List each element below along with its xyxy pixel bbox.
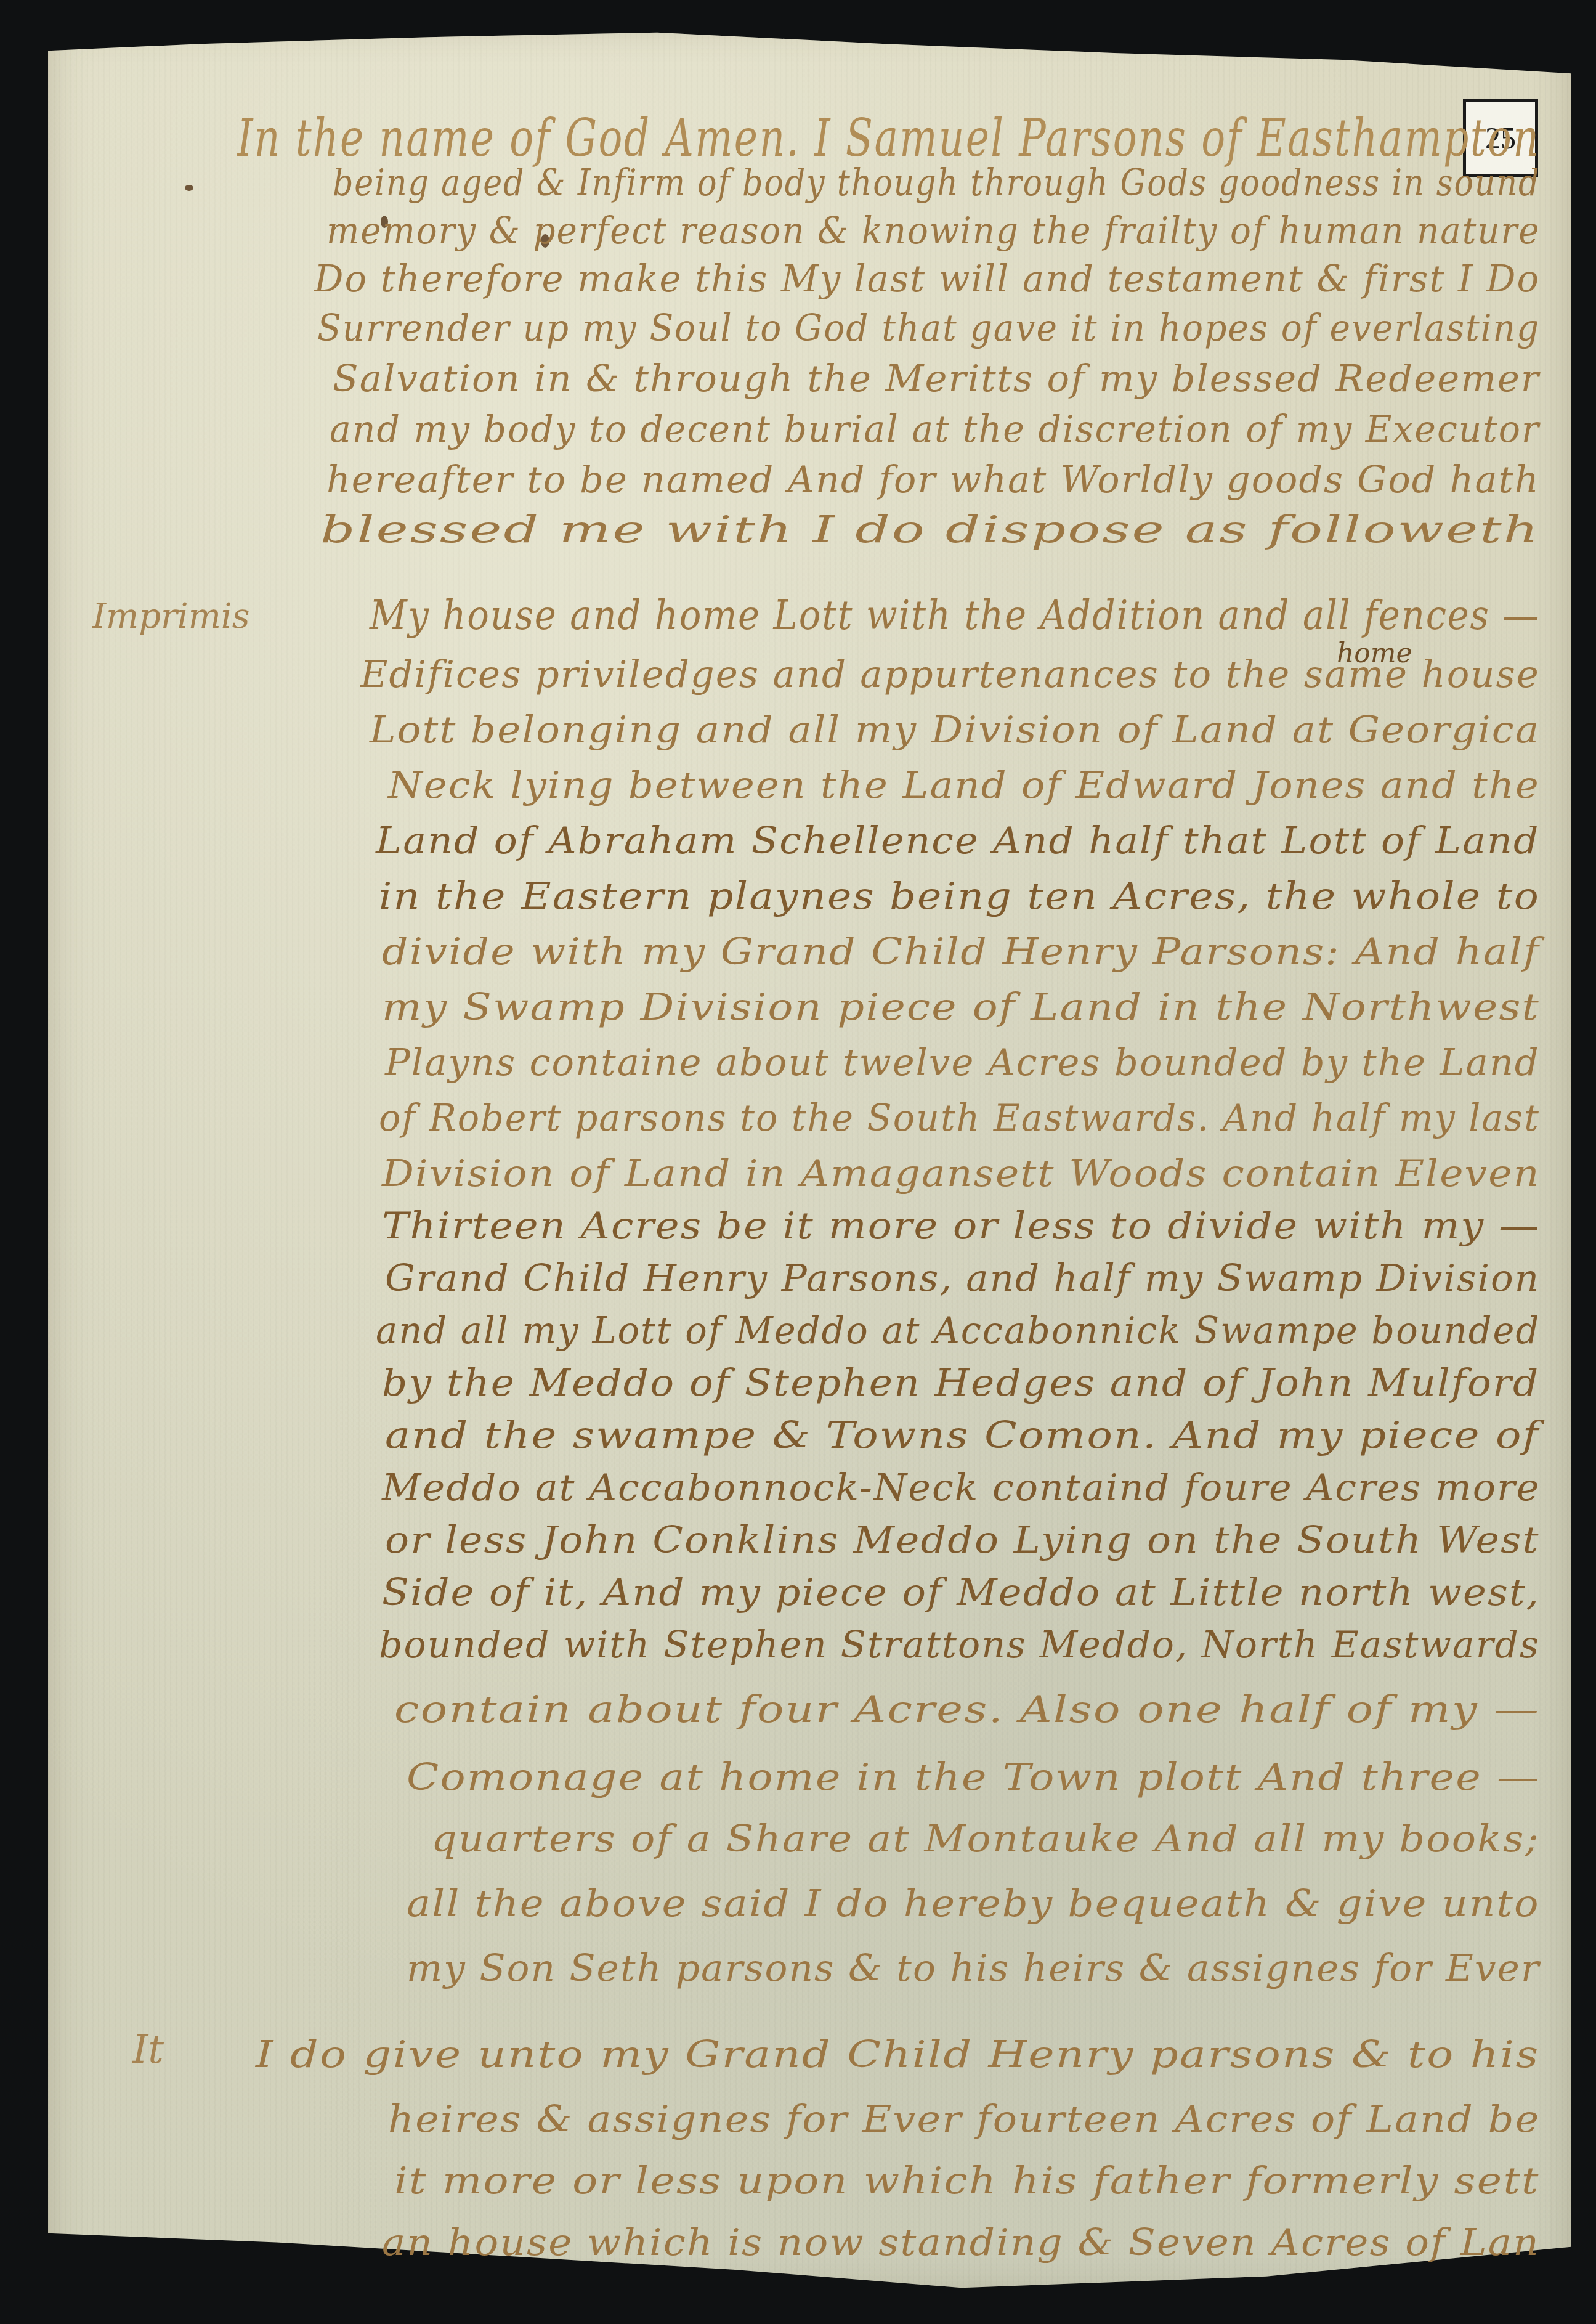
manuscript-line-3: memory & perfect reason & knowing the fr…	[326, 209, 1540, 253]
manuscript-line-13: Neck lying between the Land of Edward Jo…	[388, 764, 1540, 807]
manuscript-line-35: I do give unto my Grand Child Henry pars…	[256, 2033, 1540, 2076]
manuscript-line-22: Grand Child Henry Parsons, and half my S…	[385, 1257, 1540, 1300]
manuscript-line-37: it more or less upon which his father fo…	[394, 2159, 1540, 2203]
manuscript-line-29: bounded with Stephen Strattons Meddo, No…	[379, 1623, 1540, 1667]
margin-note-text: It	[132, 2027, 164, 2073]
manuscript-line-9: blessed me with I do dispose as followet…	[320, 508, 1540, 551]
manuscript-line-4: Do therefore make this My last will and …	[314, 258, 1540, 301]
manuscript-line-16: divide with my Grand Child Henry Parsons…	[382, 930, 1540, 973]
manuscript-line-24: by the Meddo of Stephen Hedges and of Jo…	[382, 1362, 1540, 1405]
manuscript-line-2: being aged & Infirm of body though throu…	[333, 161, 1540, 205]
manuscript-line-33: all the above said I do hereby bequeath …	[407, 1882, 1540, 1925]
manuscript-line-15: in the Eastern playnes being ten Acres, …	[379, 875, 1540, 918]
manuscript-line-5: Surrender up my Soul to God that gave it…	[317, 307, 1540, 350]
manuscript-line-30: contain about four Acres. Also one half …	[394, 1688, 1540, 1731]
manuscript-line-10: My house and home Lott with the Addition…	[370, 591, 1540, 639]
manuscript-line-18: Playns containe about twelve Acres bound…	[385, 1041, 1540, 1084]
margin-note-text: Imprimis	[92, 596, 250, 636]
margin-note-item: It	[132, 2027, 164, 2073]
manuscript-line-32: quarters of a Share at Montauke And all …	[431, 1818, 1540, 1861]
manuscript-line-8: hereafter to be named And for what World…	[326, 458, 1540, 502]
manuscript-line-38: an house which is now standing & Seven A…	[382, 2221, 1540, 2264]
manuscript-line-14: Land of Abraham Schellence And half that…	[376, 819, 1540, 863]
margin-note-imprimis: Imprimis	[92, 596, 250, 636]
manuscript-line-27: or less John Conklins Meddo Lying on the…	[385, 1519, 1540, 1562]
manuscript-line-28: Side of it, And my piece of Meddo at Lit…	[382, 1571, 1540, 1614]
manuscript-line-26: Meddo at Accabonnock-Neck containd foure…	[382, 1466, 1540, 1509]
manuscript-line-34: my Son Seth parsons & to his heirs & ass…	[407, 1947, 1540, 1990]
manuscript-line-1: In the name of God Amen. I Samuel Parson…	[237, 108, 1540, 168]
manuscript-line-23: and all my Lott of Meddo at Accabonnick …	[376, 1309, 1540, 1352]
manuscript-line-31: Comonage at home in the Town plott And t…	[407, 1756, 1540, 1799]
manuscript-line-19: of Robert parsons to the South Eastwards…	[379, 1097, 1540, 1140]
manuscript-line-11: Edifices priviledges and appurtenances t…	[360, 653, 1540, 696]
manuscript-line-25: and the swampe & Towns Comon. And my pie…	[385, 1414, 1540, 1457]
ink-blot	[185, 185, 193, 191]
manuscript-line-6: Salvation in & through the Meritts of my…	[333, 357, 1540, 400]
manuscript-line-20: Division of Land in Amagansett Woods con…	[382, 1152, 1541, 1195]
manuscript-line-21: Thirteen Acres be it more or less to div…	[382, 1205, 1540, 1248]
manuscript-line-17: my Swamp Division piece of Land in the N…	[382, 986, 1540, 1029]
manuscript-line-36: heires & assignes for Ever fourteen Acre…	[388, 2098, 1540, 2141]
manuscript-line-7: and my body to decent burial at the disc…	[330, 408, 1540, 451]
manuscript-line-12: Lott belonging and all my Division of La…	[370, 709, 1540, 752]
